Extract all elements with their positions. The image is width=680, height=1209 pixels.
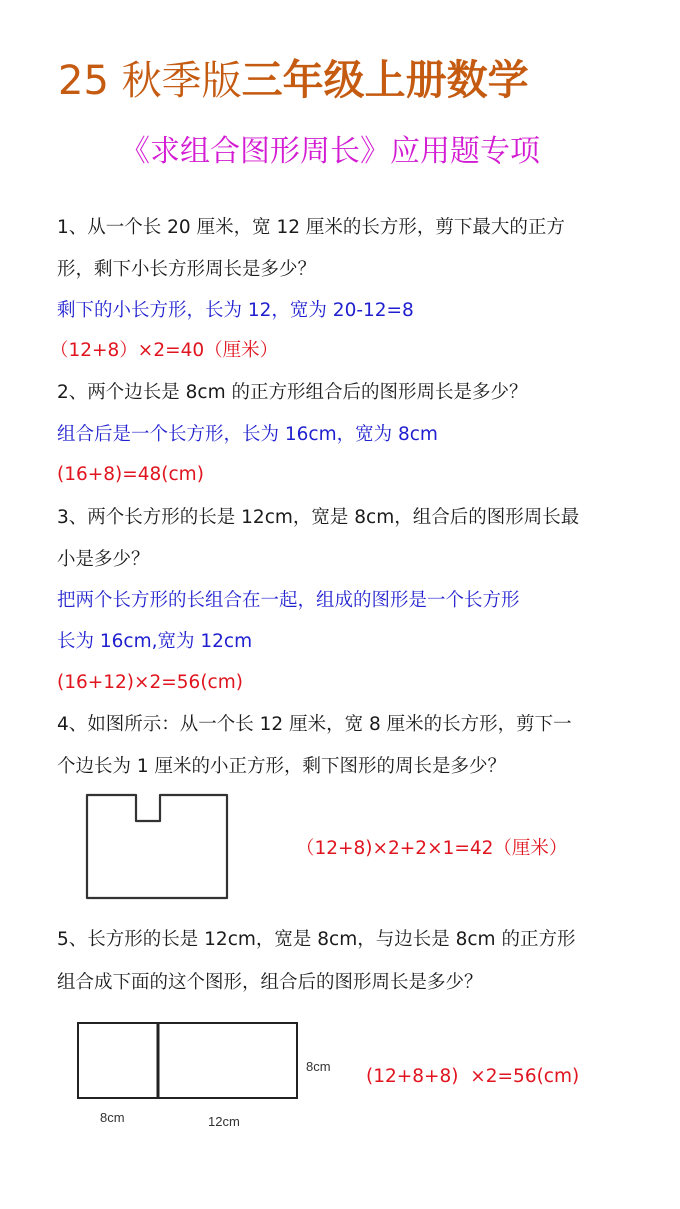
problem-2-explanation: 组合后是一个长方形，长为 16cm，宽为 8cm <box>57 420 438 450</box>
problem-4-answer: （12+8)×2+2×1=42（厘米） <box>296 834 567 864</box>
title-prefix: 25 秋季版 <box>58 58 242 104</box>
title-main: 三年级上册数学 <box>242 56 529 104</box>
combined-rectangle-figure <box>70 1015 310 1110</box>
problem-2-answer: (16+8)=48(cm) <box>57 460 204 490</box>
notched-rectangle-figure <box>80 788 240 908</box>
page-title: 25 秋季版三年级上册数学 <box>58 52 529 109</box>
page-subtitle: 《求组合图形周长》应用题专项 <box>120 130 540 174</box>
problem-3-question-line-1: 3、两个长方形的长是 12cm，宽是 8cm，组合后的图形周长最 <box>57 503 579 533</box>
problem-3-explanation-line-1: 把两个长方形的长组合在一起，组成的图形是一个长方形 <box>57 586 520 616</box>
problem-4-question-line-2: 个边长为 1 厘米的小正方形，剩下图形的周长是多少？ <box>57 752 506 782</box>
problem-5-question-line-1: 5、长方形的长是 12cm，宽是 8cm，与边长是 8cm 的正方形 <box>57 925 575 955</box>
figure-label-square-width: 8cm <box>100 1110 125 1125</box>
problem-1-question-line-1: 1、从一个长 20 厘米，宽 12 厘米的长方形，剪下最大的正方 <box>57 213 565 243</box>
figure-label-height: 8cm <box>306 1059 331 1074</box>
problem-5-question-line-2: 组合成下面的这个图形，组合后的图形周长是多少？ <box>57 968 483 998</box>
problem-3-answer: (16+12)×2=56(cm) <box>57 668 243 698</box>
problem-1-explanation: 剩下的小长方形，长为 12，宽为 20-12=8 <box>57 296 414 326</box>
problem-1-question-line-2: 形，剩下小长方形周长是多少？ <box>57 255 316 285</box>
problem-3-explanation-line-2: 长为 16cm,宽为 12cm <box>57 627 252 657</box>
problem-4-question-line-1: 4、如图所示：从一个长 12 厘米，宽 8 厘米的长方形，剪下一 <box>57 710 572 740</box>
figure-label-rect-length: 12cm <box>208 1114 240 1129</box>
problem-1-answer: （12+8）×2=40（厘米） <box>50 336 278 366</box>
problem-3-question-line-2: 小是多少？ <box>57 545 150 575</box>
problem-5-answer: (12+8+8) ×2=56(cm) <box>366 1062 579 1092</box>
problem-2-question: 2、两个边长是 8cm 的正方形组合后的图形周长是多少？ <box>57 378 528 408</box>
